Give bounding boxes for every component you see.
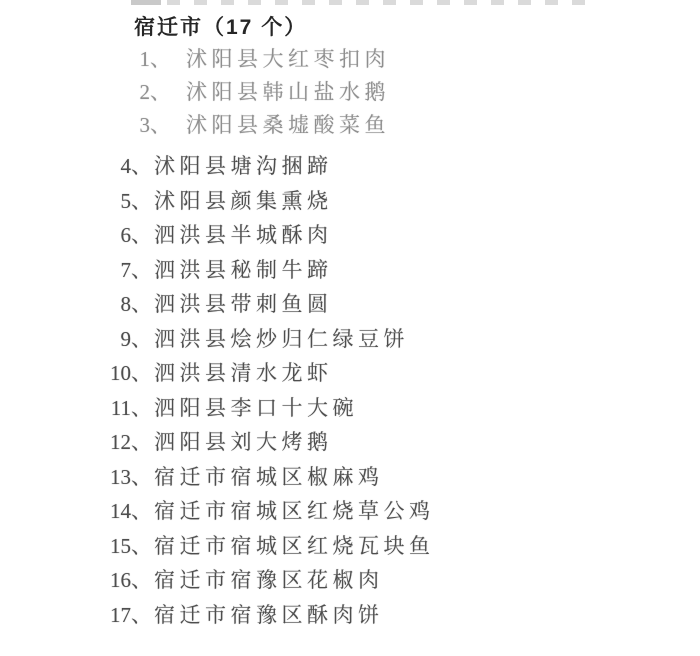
item-number: 17 — [108, 598, 131, 633]
document-page: 宿迁市（17 个） 1、沭阳县大红枣扣肉 2、沭阳县韩山盐水鹅 3、沭阳县桑墟酸… — [0, 0, 700, 656]
list-item: 7、泗洪县秘制牛蹄 — [108, 253, 435, 288]
item-number: 3 — [137, 109, 150, 142]
item-number: 9 — [108, 322, 131, 357]
list-item: 12、泗阳县刘大烤鹅 — [108, 425, 435, 460]
item-separator: 、 — [131, 253, 150, 288]
item-number: 13 — [108, 460, 131, 495]
item-separator: 、 — [131, 287, 150, 322]
item-separator: 、 — [131, 322, 150, 357]
item-name: 泗阳县李口十大碗 — [154, 391, 358, 426]
item-name: 沭阳县桑墟酸菜鱼 — [186, 109, 390, 142]
item-name: 宿迁市宿城区红烧草公鸡 — [154, 494, 435, 529]
item-separator: 、 — [131, 356, 150, 391]
list-item: 9、泗洪县烩炒归仁绿豆饼 — [108, 322, 435, 357]
item-number: 5 — [108, 184, 131, 219]
list-item: 14、宿迁市宿城区红烧草公鸡 — [108, 494, 435, 529]
item-number: 7 — [108, 253, 131, 288]
list-item: 11、泗阳县李口十大碗 — [108, 391, 435, 426]
item-number: 14 — [108, 494, 131, 529]
item-name: 宿迁市宿豫区花椒肉 — [154, 563, 384, 598]
item-number: 2 — [137, 76, 150, 109]
item-separator: 、 — [131, 149, 150, 184]
list-item: 1、沭阳县大红枣扣肉 — [137, 43, 390, 76]
list-item: 13、宿迁市宿城区椒麻鸡 — [108, 460, 435, 495]
item-number: 12 — [108, 425, 131, 460]
list-item: 16、宿迁市宿豫区花椒肉 — [108, 563, 435, 598]
food-list-items-4-17: 4、沭阳县塘沟捆蹄 5、沭阳县颜集熏烧 6、泗洪县半城酥肉 7、泗洪县秘制牛蹄 … — [108, 149, 435, 632]
city-header: 宿迁市（17 个） — [134, 11, 307, 41]
item-separator: 、 — [131, 494, 150, 529]
item-name: 沭阳县颜集熏烧 — [154, 184, 333, 219]
item-name: 泗洪县烩炒归仁绿豆饼 — [154, 322, 409, 357]
item-number: 1 — [137, 43, 150, 76]
item-number: 11 — [108, 391, 131, 426]
item-separator: 、 — [131, 529, 150, 564]
item-separator: 、 — [150, 109, 169, 142]
list-item: 15、宿迁市宿城区红烧瓦块鱼 — [108, 529, 435, 564]
item-number: 4 — [108, 149, 131, 184]
item-name: 宿迁市宿城区椒麻鸡 — [154, 460, 384, 495]
item-separator: 、 — [150, 76, 169, 109]
item-separator: 、 — [131, 218, 150, 253]
list-item: 8、泗洪县带刺鱼圆 — [108, 287, 435, 322]
item-separator: 、 — [131, 184, 150, 219]
clipped-text-remnant — [131, 0, 587, 5]
item-number: 15 — [108, 529, 131, 564]
item-name: 泗洪县半城酥肉 — [154, 218, 333, 253]
item-separator: 、 — [131, 460, 150, 495]
item-name: 泗阳县刘大烤鹅 — [154, 425, 333, 460]
item-name: 沭阳县韩山盐水鹅 — [186, 76, 390, 109]
list-item: 4、沭阳县塘沟捆蹄 — [108, 149, 435, 184]
list-item: 2、沭阳县韩山盐水鹅 — [137, 76, 390, 109]
item-name: 泗洪县清水龙虾 — [154, 356, 333, 391]
item-separator: 、 — [131, 598, 150, 633]
list-item: 6、泗洪县半城酥肉 — [108, 218, 435, 253]
item-name: 沭阳县大红枣扣肉 — [186, 43, 390, 76]
list-item: 10、泗洪县清水龙虾 — [108, 356, 435, 391]
item-number: 6 — [108, 218, 131, 253]
item-number: 10 — [108, 356, 131, 391]
item-number: 16 — [108, 563, 131, 598]
list-item: 17、宿迁市宿豫区酥肉饼 — [108, 598, 435, 633]
item-separator: 、 — [131, 391, 150, 426]
item-name: 宿迁市宿豫区酥肉饼 — [154, 598, 384, 633]
item-separator: 、 — [150, 43, 169, 76]
food-list-items-1-3: 1、沭阳县大红枣扣肉 2、沭阳县韩山盐水鹅 3、沭阳县桑墟酸菜鱼 — [137, 43, 390, 142]
item-name: 泗洪县带刺鱼圆 — [154, 287, 333, 322]
item-separator: 、 — [131, 425, 150, 460]
item-separator: 、 — [131, 563, 150, 598]
list-item: 3、沭阳县桑墟酸菜鱼 — [137, 109, 390, 142]
item-name: 沭阳县塘沟捆蹄 — [154, 149, 333, 184]
item-name: 泗洪县秘制牛蹄 — [154, 253, 333, 288]
item-number: 8 — [108, 287, 131, 322]
list-item: 5、沭阳县颜集熏烧 — [108, 184, 435, 219]
item-name: 宿迁市宿城区红烧瓦块鱼 — [154, 529, 435, 564]
